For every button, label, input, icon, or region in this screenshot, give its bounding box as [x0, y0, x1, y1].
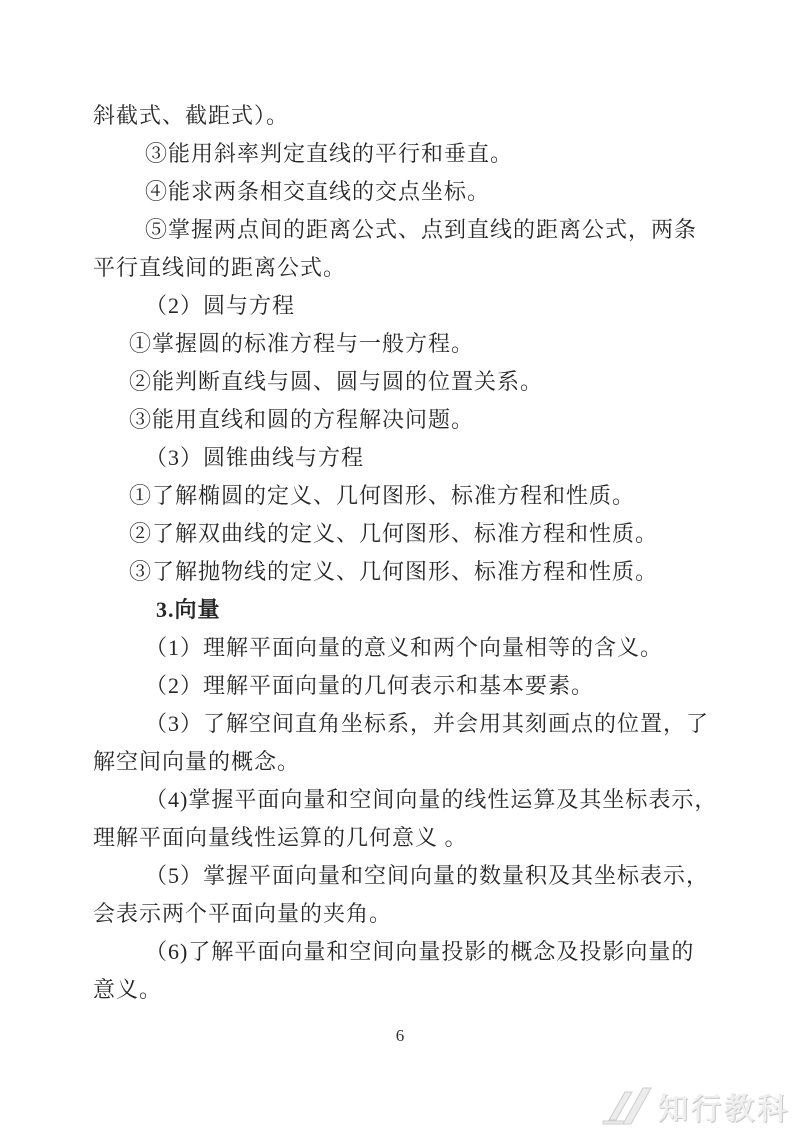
text-line: （2）圆与方程 — [93, 287, 715, 325]
text-line: ①掌握圆的标准方程与一般方程。 — [93, 325, 715, 363]
text-line: 会表示两个平面向量的夹角。 — [93, 895, 715, 933]
text-line: （6)了解平面向量和空间向量投影的概念及投影向量的 — [93, 933, 715, 971]
section-heading-line: 3.向量 — [93, 591, 715, 629]
text-line: ③能用直线和圆的方程解决问题。 — [93, 401, 715, 439]
text-block: 斜截式、截距式）。③能用斜率判定直线的平行和垂直。④能求两条相交直线的交点坐标。… — [93, 97, 715, 1009]
text-line: （3）圆锥曲线与方程 — [93, 439, 715, 477]
text-line: ①了解椭圆的定义、几何图形、标准方程和性质。 — [93, 477, 715, 515]
text-line: 平行直线间的距离公式。 — [93, 249, 715, 287]
text-line: 解空间向量的概念。 — [93, 743, 715, 781]
text-line: （3）了解空间直角坐标系，并会用其刻画点的位置，了 — [93, 705, 715, 743]
text-line: 斜截式、截距式）。 — [93, 97, 715, 135]
text-line: ②能判断直线与圆、圆与圆的位置关系。 — [93, 363, 715, 401]
text-line: ⑤掌握两点间的距离公式、点到直线的距离公式，两条 — [93, 211, 715, 249]
text-line: （4)掌握平面向量和空间向量的线性运算及其坐标表示， — [93, 781, 715, 819]
text-line: ④能求两条相交直线的交点坐标。 — [93, 173, 715, 211]
watermark-text: 知行教科 — [658, 1084, 790, 1128]
double-slash-logo-icon — [601, 1086, 653, 1126]
text-line: ③能用斜率判定直线的平行和垂直。 — [93, 135, 715, 173]
watermark: 知行教科 — [601, 1084, 790, 1128]
text-line: 意义。 — [93, 971, 715, 1009]
text-line: 理解平面向量线性运算的几何意义 。 — [93, 819, 715, 857]
text-line: （2）理解平面向量的几何表示和基本要素。 — [93, 667, 715, 705]
document-page: 斜截式、截距式）。③能用斜率判定直线的平行和垂直。④能求两条相交直线的交点坐标。… — [0, 0, 800, 1131]
text-line: ③了解抛物线的定义、几何图形、标准方程和性质。 — [93, 553, 715, 591]
text-line: （1）理解平面向量的意义和两个向量相等的含义。 — [93, 629, 715, 667]
page-number: 6 — [0, 1026, 800, 1046]
text-line: ②了解双曲线的定义、几何图形、标准方程和性质。 — [93, 515, 715, 553]
text-line: （5）掌握平面向量和空间向量的数量积及其坐标表示， — [93, 857, 715, 895]
